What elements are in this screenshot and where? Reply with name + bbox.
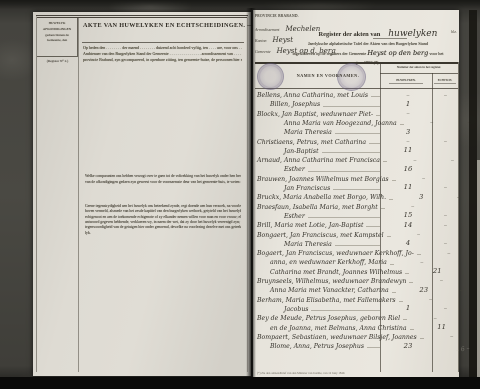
intro-line-2-suffix: voor het bbox=[429, 51, 443, 56]
entry-name-handwritten: anna, en weduwnaer Kerkhoff, Maria bbox=[255, 260, 387, 266]
entry-act-number: 23 bbox=[383, 343, 433, 351]
entry-rule-filler bbox=[390, 264, 394, 265]
corner-box-line: AFKONDIGINGEN bbox=[37, 27, 77, 33]
entry-rule-filler bbox=[387, 236, 391, 237]
corner-box: HUWELYKAFKONDIGINGENgedaen binnen deGeme… bbox=[37, 18, 78, 57]
entry-second-column-mark: – bbox=[433, 212, 458, 220]
entry-name-handwritten: Maria Theresia bbox=[255, 242, 332, 248]
scanned-register-page: HUWELYKAFKONDIGINGENgedaen binnen deGeme… bbox=[0, 0, 480, 389]
register-entry-row: Catharina met Brandt, Joannes Wilhelmus … bbox=[255, 267, 458, 276]
entry-rule-filler bbox=[366, 226, 380, 227]
entry-rule-filler bbox=[405, 273, 409, 274]
register-entry-row: Jan-Baptist 11 bbox=[255, 146, 458, 155]
entry-rule-filler bbox=[381, 208, 385, 209]
register-title-printed: Register der akten van bbox=[319, 31, 381, 38]
register-entry-row: Braesfaun, Isabella Maria, met Borght – bbox=[255, 202, 458, 211]
entry-rule-filler bbox=[409, 282, 413, 283]
entry-rule-filler bbox=[400, 124, 404, 125]
entry-second-column-mark bbox=[433, 349, 458, 350]
entry-rule-filler bbox=[399, 301, 403, 302]
register-entry-row: Bey de Meude, Petrus Josephus, geboren R… bbox=[255, 313, 458, 322]
entry-name-handwritten: Jacobus bbox=[255, 307, 308, 313]
entry-name-handwritten: Maria Theresia bbox=[255, 130, 332, 136]
register-entry-row: Jan Franciscus 11 – bbox=[255, 183, 458, 192]
right-page: PROVINCIE BRABAND. Arrondissement Mechel… bbox=[253, 10, 459, 377]
entry-name-handwritten: Bongaert, Jan Franciscus, met Kampstel bbox=[255, 233, 384, 239]
entry-act-number: 11 bbox=[383, 184, 433, 192]
page-abbrev-label: blz. bbox=[451, 29, 457, 34]
register-entry-row: Maria Theresia 4 – bbox=[255, 239, 458, 248]
entry-second-column-mark: – bbox=[440, 157, 465, 165]
notice-block-1: Welke comparanten ons hebben verzogt ove… bbox=[85, 174, 241, 185]
entry-rule-filler bbox=[383, 161, 387, 162]
entry-act-number: 15 bbox=[383, 212, 433, 220]
register-entry-row: Bongaert, Jan Franciscus, met Kampstel – bbox=[255, 229, 458, 238]
entry-rule-filler bbox=[417, 254, 421, 255]
corner-box-line: Gemeente, den bbox=[37, 38, 77, 44]
entry-second-column-mark: – bbox=[433, 138, 458, 146]
left-form-border: HUWELYKAFKONDIGINGENgedaen binnen deGeme… bbox=[36, 15, 248, 372]
province-row-label: Gemeente bbox=[255, 50, 271, 54]
register-entry-row: Bruynseels, Wilhelmus, weduwnaer Brandew… bbox=[255, 276, 458, 285]
entry-act-number: 11 bbox=[417, 324, 467, 332]
register-entry-row: Billen, Josephus 1 bbox=[255, 99, 458, 108]
register-entry-row: en de Joanna, met Belmans, Anna Christin… bbox=[255, 322, 458, 331]
entry-name-handwritten: Jan-Baptist bbox=[255, 149, 319, 155]
entry-act-number: – bbox=[383, 138, 433, 146]
entry-rule-filler bbox=[371, 96, 380, 97]
register-entry-row: Esther 16 bbox=[255, 164, 458, 173]
entry-act-number: – bbox=[406, 296, 456, 304]
entry-act-number: 3 bbox=[396, 194, 446, 202]
register-entry-row: Blome, Anna, Petrus Josephus 23 bbox=[255, 341, 458, 350]
entry-act-number: – bbox=[416, 277, 466, 285]
notice-line: tegenwoordigheid van de getuigen hier on… bbox=[85, 225, 241, 230]
entry-act-number: – bbox=[410, 315, 460, 323]
left-margin-rule bbox=[78, 18, 79, 372]
entry-rule-filler bbox=[392, 292, 396, 293]
entry-act-number: – bbox=[407, 119, 457, 127]
entry-name-handwritten: Anna Maria met Vanackter, Catharina bbox=[255, 288, 389, 294]
register-entry-row: Jacobus 1 – bbox=[255, 304, 458, 313]
entry-name-handwritten: Bey de Meude, Petrus Josephus, geboren R… bbox=[255, 316, 400, 322]
subcolumn-huwelyken-label: HUWELYKEN. bbox=[389, 78, 423, 84]
book-gutter-shadow bbox=[246, 8, 256, 379]
entry-rule-filler bbox=[367, 347, 380, 348]
entry-act-number: – bbox=[397, 259, 447, 267]
intro-line-1: Jaerlyksche alphabetische Tafel der Akte… bbox=[287, 40, 449, 48]
left-page: HUWELYKAFKONDIGINGENgedaen binnen deGeme… bbox=[33, 12, 251, 376]
register-entry-row: Blockx, Jan Baptist, weduwnaer Piet- – bbox=[255, 109, 458, 118]
entry-rule-filler bbox=[323, 106, 380, 107]
entry-act-number: – bbox=[383, 110, 433, 118]
entry-act-number: – bbox=[424, 250, 474, 258]
entry-name-handwritten: Braesfaun, Isabella Maria, met Borght bbox=[255, 205, 378, 211]
pencil-margin-note: – 6 – bbox=[455, 345, 470, 354]
notice-line: lyk. bbox=[85, 231, 241, 236]
entry-rule-filler bbox=[376, 115, 380, 116]
notice-line: boven vermeld, alsmede van het zesde kap… bbox=[85, 209, 241, 214]
entry-name-handwritten: Bellens, Anna Catharina, met Louis bbox=[255, 93, 368, 99]
register-title-rule bbox=[373, 38, 407, 39]
entry-name-handwritten: Berham, Maria Elisabetha, met Fallemaker… bbox=[255, 298, 396, 304]
register-entry-row: anna, en weduwnaer Kerkhoff, Maria – bbox=[255, 257, 458, 266]
entry-name-handwritten: Bogaert, Jan Franciscus, weduwnaer Kerkh… bbox=[255, 251, 414, 257]
entry-name-handwritten: Bruynseels, Wilhelmus, weduwnaer Brandew… bbox=[255, 279, 406, 285]
scan-top-shadow bbox=[0, 0, 480, 9]
entry-second-column-mark bbox=[433, 108, 458, 109]
entry-rule-filler bbox=[389, 199, 393, 200]
entry-rule-filler bbox=[410, 329, 414, 330]
register-entry-row: Arnaud, Anna Catharina met Francisca – – bbox=[255, 155, 458, 164]
entry-second-column-mark bbox=[444, 238, 469, 239]
register-entry-row: Bruckx, Maria Anabella met Borgo, Wilh. … bbox=[255, 192, 458, 201]
entry-second-column-mark: – bbox=[433, 305, 458, 313]
register-entry-row: Christiaens, Petrus, met Catharina – – bbox=[255, 136, 458, 145]
form-preamble: Op heden den . . . . . . . . der maend .… bbox=[83, 45, 242, 64]
entry-rule-filler bbox=[322, 152, 380, 153]
register-entry-row: Bompaert, Sebastiaen, weduwnaer Bilsjef,… bbox=[255, 332, 458, 341]
subcolumn-echtscheidingen-label: ECHTSCH. bbox=[434, 78, 456, 84]
form-line: provincie Braband, zyn gecompareerd, in … bbox=[83, 57, 242, 63]
entry-act-number: – bbox=[390, 157, 440, 165]
entry-name-handwritten: Bompaert, Sebastiaen, weduwnaer Bilsjef,… bbox=[255, 335, 417, 341]
register-entry-row: Brauwen, Joannes Wilhelmus met Borgias – bbox=[255, 174, 458, 183]
entry-name-handwritten: Esther bbox=[255, 167, 305, 173]
entry-second-column-mark: – bbox=[433, 240, 458, 248]
entry-act-number: 3 bbox=[383, 129, 433, 137]
footnote: (*) Zie den omzendbrief van den Minister… bbox=[257, 371, 345, 375]
entry-rule-filler bbox=[403, 319, 407, 320]
register-entry-row: Berham, Maria Elisabetha, met Fallemaker… bbox=[255, 295, 458, 304]
entry-act-number: – bbox=[388, 203, 438, 211]
entry-act-number: 23 bbox=[399, 287, 449, 295]
entry-second-column-mark: – bbox=[433, 184, 458, 192]
entry-act-number: 14 bbox=[383, 222, 433, 230]
entry-name-handwritten: Arnaud, Anna Catharina met Francisca bbox=[255, 158, 380, 164]
entry-name-handwritten: Bruckx, Maria Anabella met Borgo, Wilh. bbox=[255, 195, 386, 201]
scan-right-edge bbox=[469, 10, 477, 380]
entry-act-number: 4 bbox=[383, 240, 433, 248]
register-entry-row: Anna Maria van Hoogezand, Joanna – – bbox=[255, 118, 458, 127]
entry-act-number: 1 bbox=[383, 101, 433, 109]
corner-note: (Register N° 2.) bbox=[37, 59, 78, 63]
register-entry-row: Brill, Maria met Lotie, Jan-Baptist 14 – bbox=[255, 220, 458, 229]
entry-name-handwritten: Blockx, Jan Baptist, weduwnaer Piet- bbox=[255, 112, 373, 118]
entry-rule-filler bbox=[311, 310, 380, 311]
entry-second-column-mark: – bbox=[433, 222, 458, 230]
intro-gemeente-handwritten: Heyst op den berg bbox=[367, 49, 428, 57]
intro-line-2-prefix: ingeschreven op de registers der Gemeent… bbox=[292, 51, 366, 56]
entry-name-handwritten: Catharina met Brandt, Joannes Wilhelmus bbox=[255, 270, 402, 276]
entry-second-column-mark bbox=[433, 173, 458, 174]
entry-rule-filler bbox=[333, 189, 380, 190]
register-entry-row: Bogaert, Jan Franciscus, weduwnaer Kerkh… bbox=[255, 248, 458, 257]
entry-name-handwritten: Blome, Anna, Petrus Josephus bbox=[255, 344, 364, 350]
entry-second-column-mark: – bbox=[446, 194, 471, 202]
scan-bottom-band bbox=[0, 377, 480, 389]
entry-act-number: 16 bbox=[383, 166, 433, 174]
entry-act-number: – bbox=[399, 175, 449, 183]
entry-second-column-mark: – bbox=[433, 92, 458, 100]
entry-name-handwritten: Esther bbox=[255, 214, 305, 220]
entry-second-column-mark bbox=[433, 154, 458, 155]
number-column-header: Nummer der akten in het register. bbox=[380, 65, 458, 69]
register-entry-row: Bellens, Anna Catharina, met Louis – – bbox=[255, 90, 458, 99]
number-header-underline bbox=[380, 73, 458, 74]
entry-name-handwritten: Anna Maria van Hoogezand, Joanna bbox=[255, 121, 397, 127]
entry-act-number: – bbox=[394, 231, 444, 239]
entry-rule-filler bbox=[335, 245, 380, 246]
names-column-header: NAMEN EN VOORNAMEN. bbox=[283, 73, 373, 78]
entry-rule-filler bbox=[308, 171, 380, 172]
entry-act-number: 21 bbox=[412, 268, 462, 276]
entry-act-number: – bbox=[383, 92, 433, 100]
intro-line-2: ingeschreven op de registers der Gemeent… bbox=[287, 48, 449, 59]
entry-rule-filler bbox=[369, 143, 380, 144]
notice-line: Welke comparanten ons hebben verzogt ove… bbox=[85, 174, 241, 180]
entry-act-number: 11 bbox=[383, 147, 433, 155]
entry-name-handwritten: Brauwen, Joannes Wilhelmus met Borgias bbox=[255, 177, 389, 183]
entry-rule-filler bbox=[308, 217, 380, 218]
entry-name-handwritten: en de Joanna, met Belmans, Anna Christin… bbox=[255, 326, 407, 332]
register-entries: Bellens, Anna Catharina, met Louis – – B… bbox=[255, 90, 458, 350]
entry-name-handwritten: Billen, Josephus bbox=[255, 102, 320, 108]
entry-rule-filler bbox=[420, 338, 424, 339]
entry-rule-filler bbox=[335, 133, 380, 134]
entry-name-handwritten: Christiaens, Petrus, met Catharina bbox=[255, 140, 366, 146]
entry-name-handwritten: Brill, Maria met Lotie, Jan-Baptist bbox=[255, 223, 363, 229]
entry-act-number: 1 bbox=[383, 305, 433, 313]
entry-name-handwritten: Jan Franciscus bbox=[255, 186, 330, 192]
notice-block-2: Geene tegenstrydigheid aen het huwelyk o… bbox=[85, 204, 241, 236]
entry-second-column-mark bbox=[438, 210, 463, 211]
left-page-title: AKTE VAN HUWELYKEN EN ECHTSCHEIDINGEN. —… bbox=[83, 22, 243, 29]
round-stamp-icon bbox=[257, 63, 284, 90]
register-entry-row: Esther 15 – bbox=[255, 211, 458, 220]
entry-rule-filler bbox=[392, 180, 396, 181]
register-entry-row: Anna Maria met Vanackter, Catharina 23 – bbox=[255, 285, 458, 294]
entry-second-column-mark bbox=[433, 117, 458, 118]
title-underline-rule bbox=[82, 42, 244, 43]
notice-line: van de afkondigingen gedaen zyn geweest … bbox=[85, 180, 241, 186]
register-entry-row: Maria Theresia 3 bbox=[255, 127, 458, 136]
